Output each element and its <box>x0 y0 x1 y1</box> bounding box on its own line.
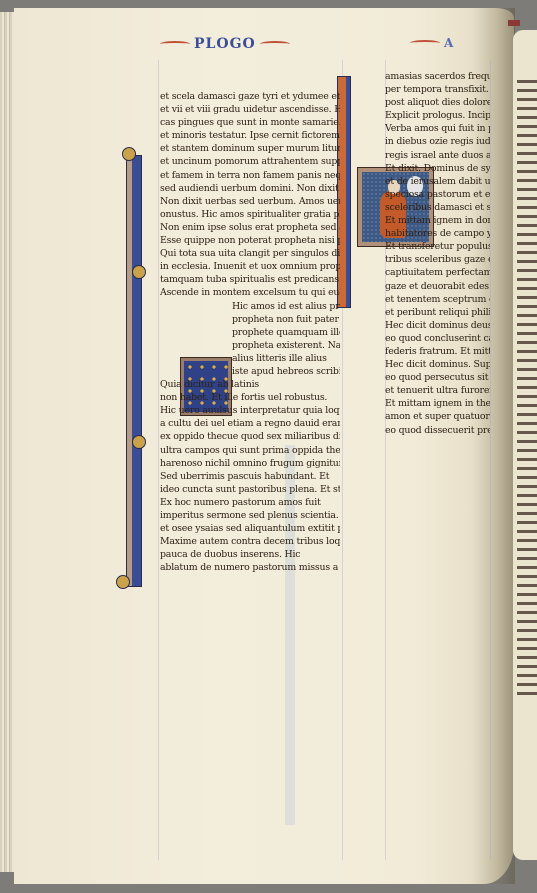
text-line: Et mittam ignem in theman et deuorabit e… <box>385 397 490 410</box>
text-line: alius litteris ille alius <box>160 352 340 365</box>
text-line: Maxime autem contra decem tribus loquitu… <box>160 535 340 548</box>
text-line: Hic amos id est alius propheta <box>160 300 340 313</box>
text-line: et scela damasci gaze tyri et ydumee et … <box>160 90 340 103</box>
text-line: amon et super quatuor non conuertam eum <box>385 410 490 423</box>
text-line: pauca de duobus inserens. Hic <box>160 548 340 561</box>
initial-stem <box>126 155 142 587</box>
text-line: Hic uero auulsus interpretatur quia loqu… <box>160 404 340 417</box>
text-line: Et transferetur populus syrie cirenem di… <box>385 240 490 253</box>
text-line: post aliquot dies dolore uulneris expira… <box>385 96 490 109</box>
text-line: non habet. Et ille fortis uel robustus. <box>160 391 340 404</box>
text-column-right: amasias sacerdos frequentibus plagis aff… <box>385 70 490 437</box>
facing-page-text <box>517 80 537 700</box>
text-line: onustus. Hic amos spiritualiter gratia p… <box>160 208 340 221</box>
text-line: Sed uberrimis pascuis habundant. Et <box>160 470 340 483</box>
text-line: Ex hoc numero pastorum amos fuit <box>160 496 340 509</box>
text-line: propheta non fuit pater ysaie <box>160 313 340 326</box>
text-line: sed audiendi uerbum domini. Non dixit ue… <box>160 182 340 195</box>
text-line: et tenentem sceptrum de ascalone. Et con… <box>385 293 490 306</box>
pen-flourish-icon <box>160 41 190 47</box>
text-line: ex oppido thecue quod sex miliaribus dis… <box>160 430 340 443</box>
text-line: Et mittam ignem in domum azael et deuora… <box>385 214 490 227</box>
text-line: sceleribus damasci et super quatuor non … <box>385 201 490 214</box>
text-line: habitatores de campo ydoli et tenentem s… <box>385 227 490 240</box>
text-line: eo quod persecutus sit in gladio fratrem… <box>385 371 490 384</box>
running-head-letter: A <box>444 36 453 50</box>
gold-knob-icon <box>132 265 146 279</box>
text-line: Hec dicit dominus. Super tribus scelerib… <box>385 358 490 371</box>
text-line: et de ierusalem dabit uocem suam. Et lux… <box>385 175 490 188</box>
running-head-right: A <box>410 36 453 50</box>
text-line: et famem in terra non famem panis neque … <box>160 169 340 182</box>
text-line: Non enim ipse solus erat propheta sed al… <box>160 221 340 234</box>
running-head-left: PLOGO <box>160 36 290 52</box>
text-column-left: et scela damasci gaze tyri et ydumee et … <box>160 90 340 574</box>
text-line: per tempora transfixit. Post hec semiuiu… <box>385 83 490 96</box>
text-line: ideo cuncta sunt pastoribus plena. Et st… <box>160 483 340 496</box>
text-line: et peribunt reliqui philistinorum dicit … <box>385 306 490 319</box>
text-line: Ascende in montem excelsum tu qui euange… <box>160 286 340 299</box>
text-line: tribus sceleribus gaze et super quatuor … <box>385 253 490 266</box>
text-line: eo quod concluserint captiuitatem perfec… <box>385 332 490 345</box>
text-line: in ecclesia. Inuenit et uox omnium proph… <box>160 260 340 273</box>
text-line: Explicit prologus. Incipit amos propheta… <box>385 109 490 122</box>
text-line: eo quod dissecuerit pregnantes galaad <box>385 424 490 437</box>
text-line: propheta existerent. Namque <box>160 339 340 352</box>
text-line: cas pingues que sunt in monte samarie. R… <box>160 116 340 129</box>
text-line: Qui tota sua uita clangit per singulos d… <box>160 247 340 260</box>
gold-knob-icon <box>122 147 136 161</box>
text-line: tamquam tuba spiritualis est predicans i… <box>160 273 340 286</box>
running-head-text: PLOGO <box>194 36 256 52</box>
initial-h-decorated <box>112 145 154 595</box>
text-line: amasias sacerdos frequentibus plagis aff… <box>385 70 490 83</box>
ruling-line <box>158 60 159 860</box>
text-line: et osee ysaias sed aliquantulum extitit … <box>160 522 340 535</box>
facing-page <box>513 30 537 860</box>
text-line: iste apud hebreos scribitur. <box>160 365 340 378</box>
text-line: Hec dicit dominus deus. Super tribus sce… <box>385 319 490 332</box>
gold-knob-icon <box>132 435 146 449</box>
text-line: Non dixit uerbas sed uerbum. Amos uero i… <box>160 195 340 208</box>
text-line: ultra campos qui sunt prima oppida thecu… <box>160 444 340 457</box>
text-line: Et dixit. Dominus de syon rugiet <box>385 162 490 175</box>
pen-flourish-icon <box>260 41 290 47</box>
text-line: et minoris testatur. Ipse cernit fictore… <box>160 129 340 142</box>
text-line: Esse quippe non poterat propheta nisi pa… <box>160 234 340 247</box>
text-line: imperitus sermone sed plenus scientia. P… <box>160 509 340 522</box>
text-line: harenoso nichil omnino frugum gignitur. <box>160 457 340 470</box>
text-line: et vii et viii gradu uidetur ascendisse.… <box>160 103 340 116</box>
text-line: et stantem dominum super murum litum uel… <box>160 142 340 155</box>
text-line: Verba amos qui fuit in pastoribus thecue… <box>385 122 490 135</box>
text-line: speciosa pastorum et exsiccatus est uert… <box>385 188 490 201</box>
pen-flourish-icon <box>410 40 440 46</box>
text-line: et uncinum pomorum attrahentem suppliciu… <box>160 155 340 168</box>
text-line: Quia dicitur ab latinis <box>160 378 340 391</box>
binding-edge <box>508 20 520 26</box>
text-line: federis fratrum. Et mittam ignem in muru… <box>385 345 490 358</box>
text-line: regis israel ante duos annos terre motus… <box>385 149 490 162</box>
text-line: in diebus ozie regis iuda et in diebus i… <box>385 135 490 148</box>
text-line: et tenuerit ultra furorem suum et indign… <box>385 384 490 397</box>
text-line: a cultu dei uel etiam a regno dauid eran… <box>160 417 340 430</box>
text-line: ablatum de numero pastorum missus a domi… <box>160 561 340 574</box>
text-line: gaze et deuorabit edes eius. Et disperda… <box>385 280 490 293</box>
ruling-line <box>490 60 491 860</box>
gold-knob-icon <box>116 575 130 589</box>
text-line: prophete quamquam ille <box>160 326 340 339</box>
text-line: captiuitatem perfectam ut concluderent e… <box>385 266 490 279</box>
